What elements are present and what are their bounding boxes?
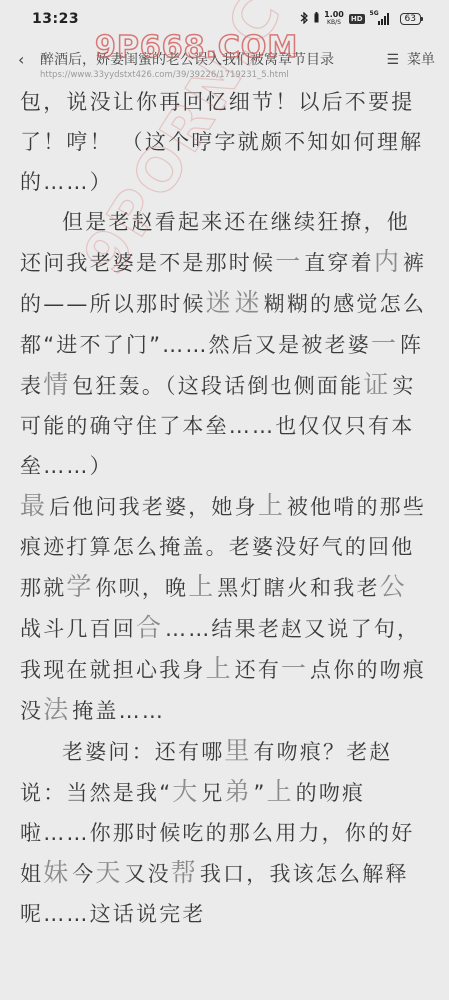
highlighted-char: 帮 (171, 858, 200, 887)
highlighted-char: 里 (224, 736, 253, 765)
status-time: 13:23 (32, 11, 79, 27)
highlighted-char: 合 (136, 613, 165, 642)
highlighted-char: 上 (267, 777, 296, 806)
text-segment: 又没 (124, 862, 170, 886)
net-speed-value: 1.00 (324, 11, 344, 19)
text-segment: 你呗，晚 (95, 576, 188, 600)
text-segment: 掩盖…… (72, 699, 165, 723)
status-bar: 13:23 1.00 KB/S HD 5G 63 (0, 0, 449, 38)
reader-nav-bar: ‹ 醉酒后，娇妻闺蜜的老公误入我们被窝章节目录 https://www.33yy… (0, 38, 449, 82)
highlighted-char: 一 (281, 654, 310, 683)
bluetooth-icon (299, 12, 309, 27)
highlighted-char: 最 (20, 491, 49, 520)
network-speed: 1.00 KB/S (324, 11, 344, 27)
page-url: https://www.33yydstxt426.com/39/39226/17… (40, 69, 376, 81)
hd-badge: HD (349, 14, 365, 24)
net-speed-unit: KB/S (324, 19, 344, 27)
text-segment: 今 (72, 862, 95, 886)
text-segment: ” (254, 781, 267, 805)
highlighted-char: 迷迷 (206, 288, 264, 317)
reader-content: 包，说没让你再回忆细节！以后不要提了！哼！ （这个哼字就颇不知如何理解的……）但… (0, 82, 449, 934)
network-type: 5G (370, 10, 379, 17)
chapter-header[interactable]: 醉酒后，娇妻闺蜜的老公误入我们被窝章节目录 https://www.33yyds… (40, 52, 376, 81)
paragraph: 最后他问我老婆，她身上被他啃的那些痕迹打算怎么掩盖。老婆没好气的回他那就学你呗，… (20, 486, 431, 731)
highlighted-char: 上 (258, 491, 287, 520)
status-icons: 1.00 KB/S HD 5G 63 (299, 11, 421, 27)
highlighted-char: 上 (206, 654, 235, 683)
highlighted-char: 法 (43, 695, 72, 724)
battery-icon: 63 (400, 13, 421, 25)
highlighted-char: 上 (188, 572, 217, 601)
highlighted-char: 公 (380, 572, 409, 601)
highlighted-char: 情 (43, 370, 72, 399)
text-segment: 兄 (201, 781, 224, 805)
paragraph: 老婆问：还有哪里有吻痕？老赵说：当然是我“大兄弟”上的吻痕啦……你那时候吃的那么… (20, 731, 431, 934)
text-segment: 战斗几百回 (20, 617, 136, 641)
battery-saver-icon (314, 12, 319, 26)
text-segment: 包，说没让你再回忆细节！以后不要提了！哼！ （这个哼字就颇不知如何理解的……） (20, 90, 423, 194)
highlighted-char: 一 (371, 329, 400, 358)
highlighted-char: 妹 (43, 858, 72, 887)
text-segment: 黑灯瞎火和我老 (217, 576, 379, 600)
highlighted-char: 大 (172, 777, 201, 806)
text-segment: 后他问我老婆，她身 (49, 495, 258, 519)
signal-icon: 5G (378, 13, 389, 25)
highlighted-char: 学 (66, 572, 95, 601)
highlighted-char: 弟 (225, 777, 254, 806)
menu-label: 菜单 (407, 52, 435, 68)
back-icon[interactable]: ‹ (18, 52, 34, 68)
highlighted-char: 内 (374, 247, 403, 276)
paragraph: 但是老赵看起来还在继续狂撩，他还问我老婆是不是那时候一直穿着内裤的——所以那时候… (20, 202, 431, 486)
text-segment: 包狂轰。（这段话倒也侧面能 (72, 374, 363, 398)
highlighted-char: 证 (363, 370, 392, 399)
chapter-title[interactable]: 醉酒后，娇妻闺蜜的老公误入我们被窝章节目录 (40, 52, 376, 68)
highlighted-char: 一 (275, 247, 304, 276)
paragraph: 包，说没让你再回忆细节！以后不要提了！哼！ （这个哼字就颇不知如何理解的……） (20, 82, 431, 202)
menu-icon: ☰ (386, 52, 399, 68)
menu-button[interactable]: ☰ 菜单 (386, 52, 435, 68)
highlighted-char: 天 (95, 858, 124, 887)
battery-level: 63 (405, 14, 416, 24)
text-segment: 还有 (235, 658, 281, 682)
text-segment: 直穿着 (304, 251, 374, 275)
text-segment: 老婆问：还有哪 (62, 740, 224, 764)
